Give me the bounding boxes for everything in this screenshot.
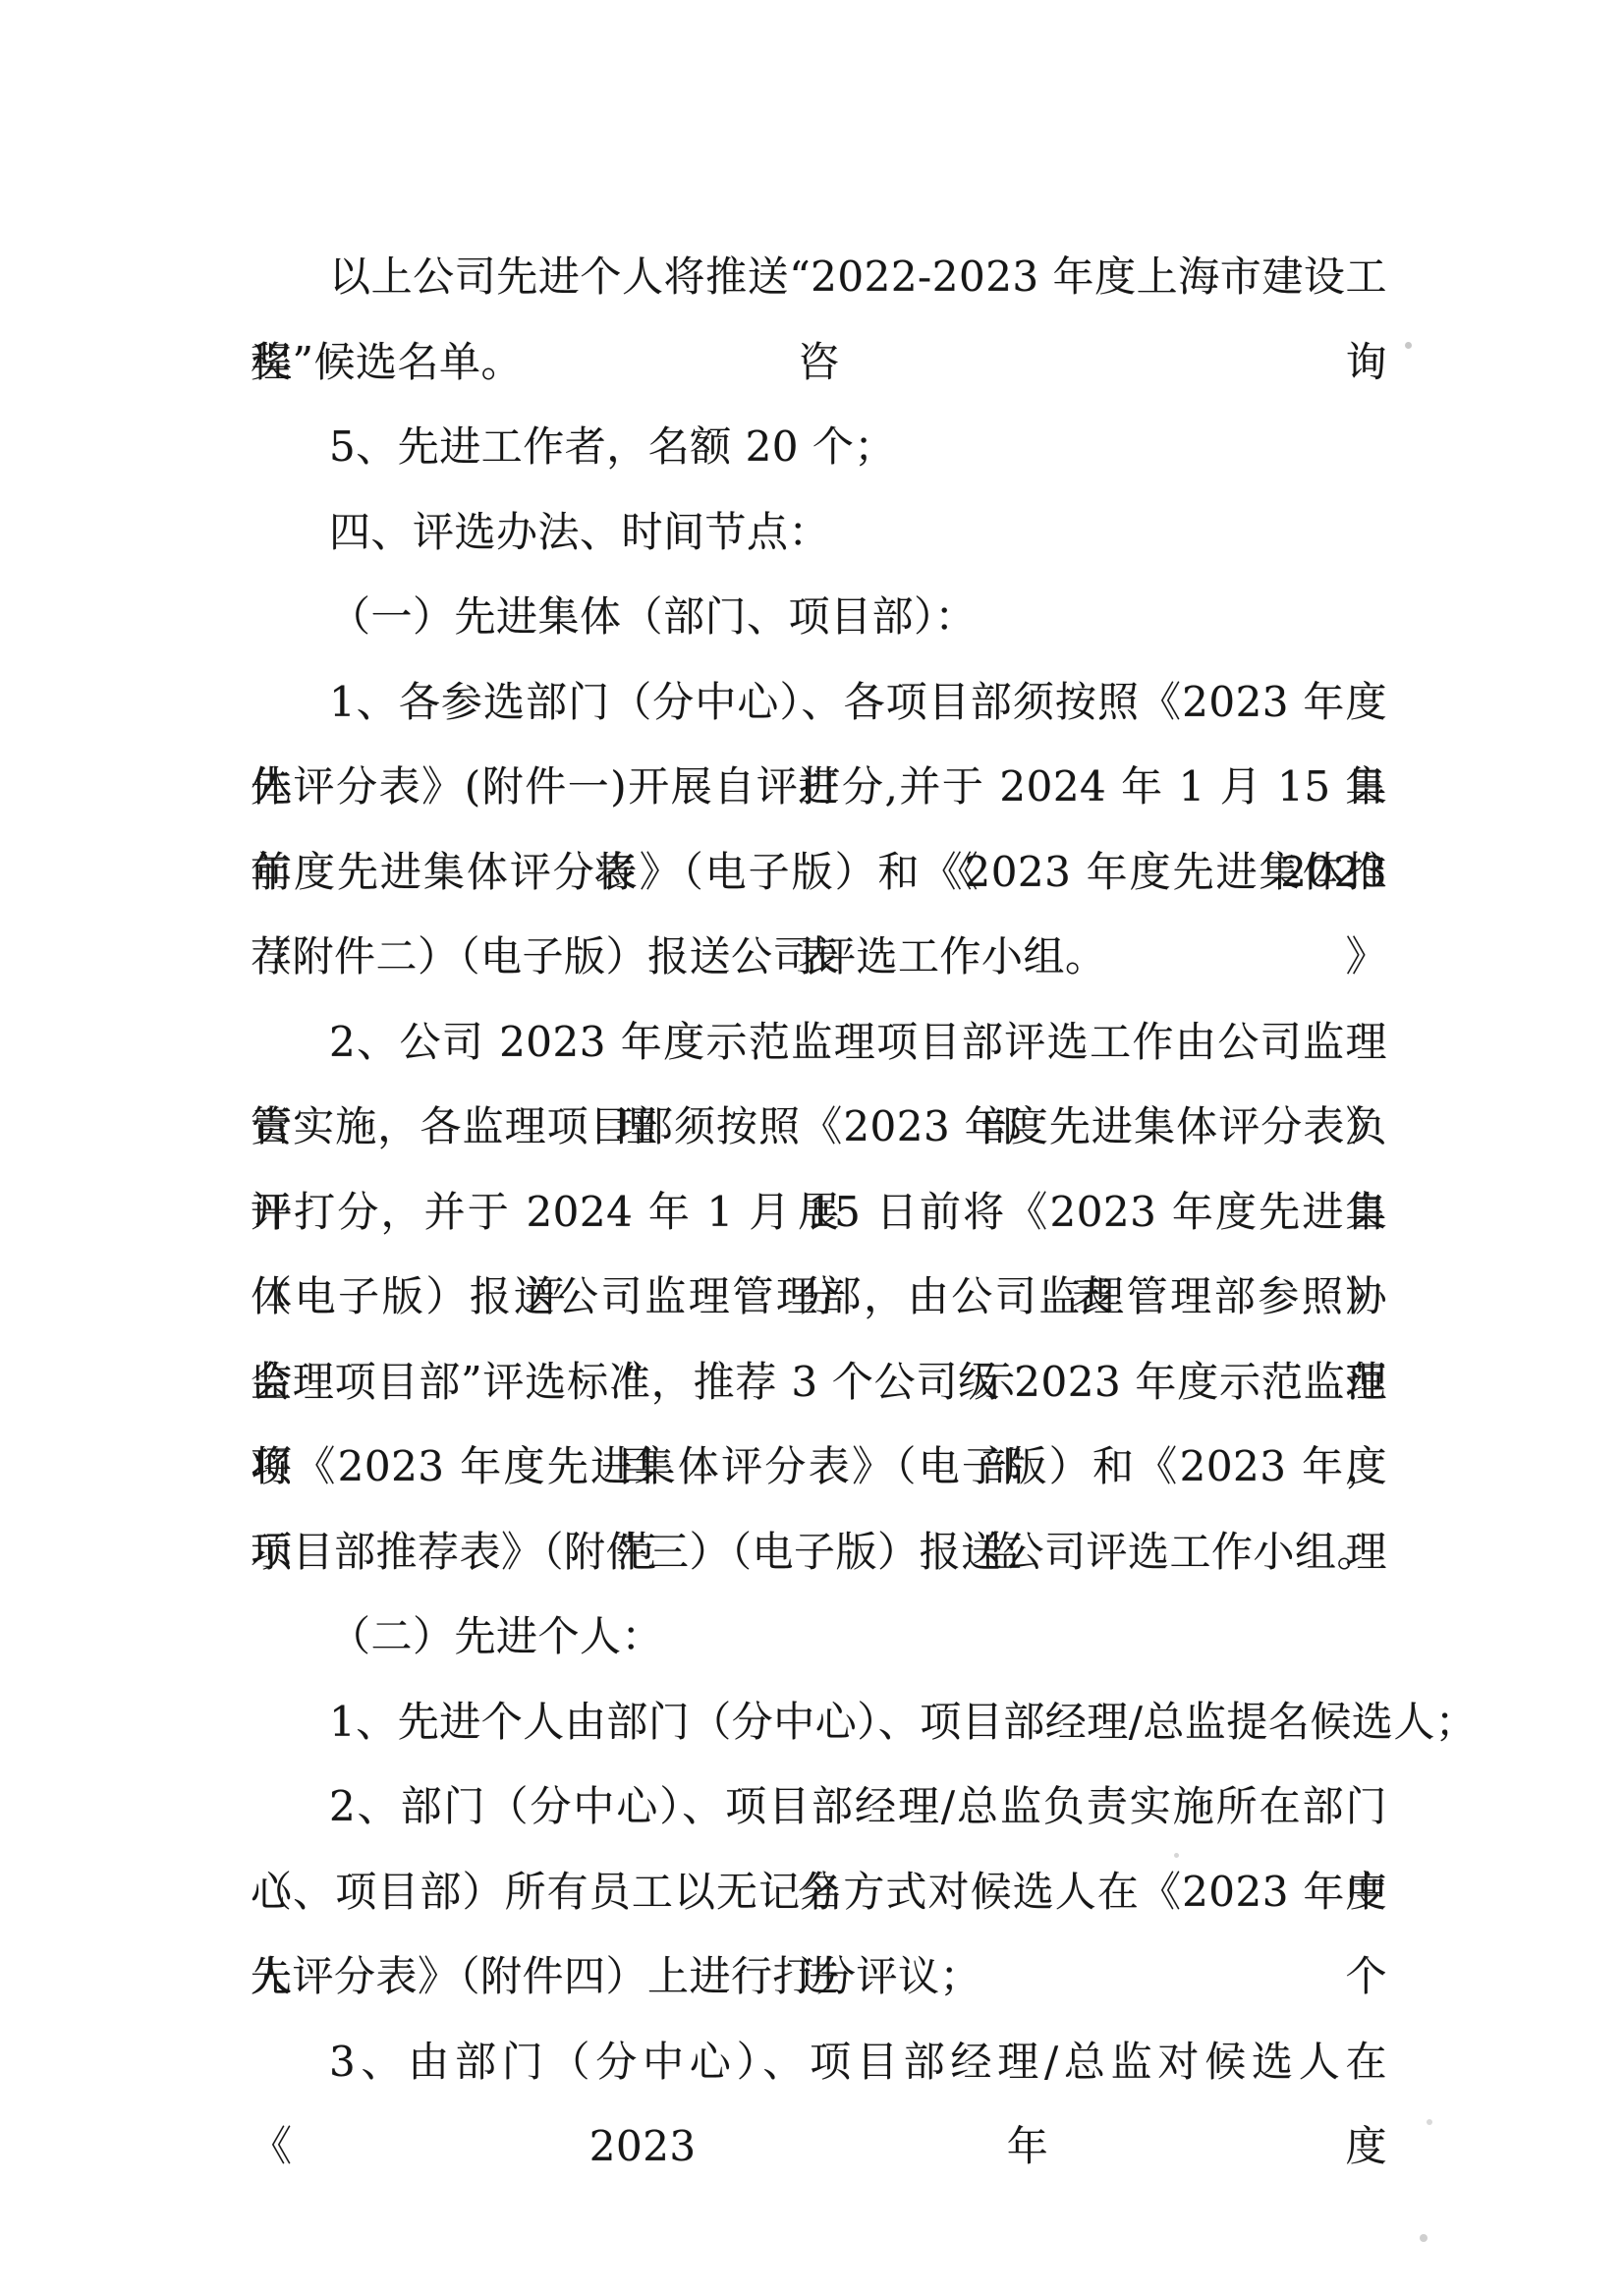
- text-line: 以上公司先进个人将推送“2022-2023 年度上海市建设工程咨询: [251, 235, 1387, 320]
- text-line: 1、先进个人由部门（分中心）、项目部经理/总监提名候选人；: [251, 1680, 1387, 1765]
- text-line: 5、先进工作者，名额 20 个；: [251, 405, 1387, 490]
- text-line: （一）先进集体（部门、项目部）：: [251, 575, 1387, 660]
- text-line: （电子版）报送公司监理管理部，由公司监理管理部参照协会“示范: [251, 1255, 1387, 1340]
- text-line: 将《2023 年度先进集体评分表》（电子版）和《2023 年度示范监理: [251, 1425, 1387, 1510]
- text-line: 2、公司 2023 年度示范监理项目部评选工作由公司监理管理部负: [251, 1000, 1387, 1086]
- text-line: 年度先进集体评分表》（电子版）和《2023 年度先进集体推荐表》: [251, 830, 1387, 916]
- text-line: 心、项目部）所有员工以无记名方式对候选人在《2023 年度先进个: [251, 1850, 1387, 1935]
- document-body: 以上公司先进个人将推送“2022-2023 年度上海市建设工程咨询奖”候选名单。…: [251, 235, 1387, 2104]
- text-line: （二）先进个人：: [251, 1595, 1387, 1680]
- text-line: 监理项目部”评选标准，推荐 3 个公司级 2023 年度示范监理项目部，: [251, 1340, 1387, 1426]
- text-line: 评打分，并于 2024 年 1 月 15 日前将《2023 年度先进集体评分表》: [251, 1170, 1387, 1256]
- text-line: 1、各参选部门（分中心）、各项目部须按照《2023 年度先进集: [251, 660, 1387, 746]
- text-line: 项目部推荐表》（附件三）（电子版）报送公司评选工作小组。: [251, 1510, 1387, 1595]
- text-line: 2、部门（分中心）、项目部经理/总监负责实施所在部门（分中: [251, 1764, 1387, 1850]
- scan-speck: [1427, 2119, 1432, 2125]
- text-line: 3、由部门（分中心）、项目部经理/总监对候选人在《2023 年度: [251, 2020, 1387, 2105]
- text-line: 体评分表》(附件一)开展自评打分,并于 2024 年 1 月 15 日前将《20…: [251, 745, 1387, 830]
- scan-speck: [1420, 2234, 1428, 2242]
- text-line: 四、评选办法、时间节点：: [251, 490, 1387, 576]
- text-line: 责实施，各监理项目部须按照《2023 年度先进集体评分表》开展自: [251, 1085, 1387, 1170]
- document-page: 以上公司先进个人将推送“2022-2023 年度上海市建设工程咨询奖”候选名单。…: [0, 0, 1624, 2295]
- scan-speck: [1405, 342, 1412, 349]
